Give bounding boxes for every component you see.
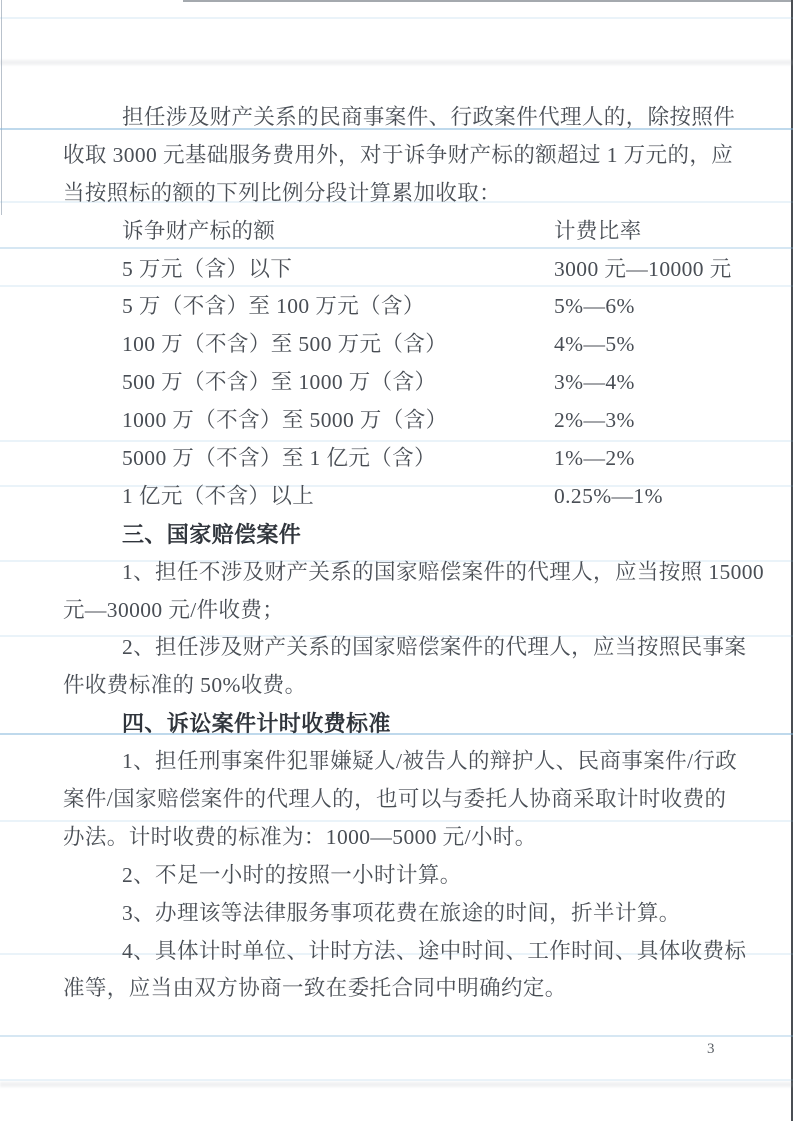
ruled-line <box>0 1079 793 1081</box>
document-body: 担任涉及财产关系的民商事案件、行政案件代理人的，除按照件 收取 3000 元基础… <box>63 99 733 1008</box>
fee-table-header: 诉争财产标的额 计费比率 <box>63 213 733 251</box>
scan-left-edge-line <box>1 0 2 215</box>
fee-range: 100 万（不含）至 500 万元（含） <box>122 332 447 356</box>
paragraph-line: 收取 3000 元基础服务费用外，对于诉争财产标的额超过 1 万元的，应 <box>63 137 733 175</box>
paragraph-line: 案件/国家赔偿案件的代理人的，也可以与委托人协商采取计时收费的 <box>63 781 733 819</box>
fee-table-header-rate: 计费比率 <box>554 213 642 251</box>
fee-range: 1 亿元（不含）以上 <box>122 484 314 508</box>
paragraph-line: 3、办理该等法律服务事项花费在旅途的时间，折半计算。 <box>63 895 733 933</box>
page-number: 3 <box>707 1038 715 1060</box>
fee-rate: 0.25%—1% <box>554 478 663 516</box>
paragraph-line: 2、不足一小时的按照一小时计算。 <box>63 857 733 895</box>
fee-rate: 3000 元—10000 元 <box>554 251 732 289</box>
section-heading-4: 四、诉讼案件计时收费标准 <box>63 705 733 743</box>
paragraph-line: 件收费标准的 50%收费。 <box>63 667 733 705</box>
fee-table-row: 1000 万（不含）至 5000 万（含） 2%—3% <box>63 402 733 440</box>
fee-table-row: 5 万元（含）以下 3000 元—10000 元 <box>63 251 733 289</box>
fee-table-header-range: 诉争财产标的额 <box>122 219 275 243</box>
paragraph-line: 1、担任刑事案件犯罪嫌疑人/被告人的辩护人、民商事案件/行政 <box>63 743 733 781</box>
ruled-line <box>0 1035 793 1037</box>
paragraph-line: 4、具体计时单位、计时方法、途中时间、工作时间、具体收费标 <box>63 933 733 971</box>
paragraph-line: 2、担任涉及财产关系的国家赔偿案件的代理人，应当按照民事案 <box>63 629 733 667</box>
fee-rate: 3%—4% <box>554 364 635 402</box>
fee-table-row: 5000 万（不含）至 1 亿元（含） 1%—2% <box>63 440 733 478</box>
scan-streak <box>0 1082 793 1087</box>
paragraph-line: 担任涉及财产关系的民商事案件、行政案件代理人的，除按照件 <box>63 99 733 137</box>
paragraph-line: 1、担任不涉及财产关系的国家赔偿案件的代理人，应当按照 15000 <box>63 554 733 592</box>
fee-rate: 5%—6% <box>554 288 635 326</box>
paragraph-line: 办法。计时收费的标准为：1000—5000 元/小时。 <box>63 819 733 857</box>
fee-range: 5000 万（不含）至 1 亿元（含） <box>122 446 436 470</box>
fee-rate: 4%—5% <box>554 326 635 364</box>
paragraph-line: 元—30000 元/件收费； <box>63 592 733 630</box>
fee-range: 5 万（不含）至 100 万元（含） <box>122 294 425 318</box>
ruled-line <box>0 17 793 19</box>
paragraph-line: 准等，应当由双方协商一致在委托合同中明确约定。 <box>63 970 733 1008</box>
fee-range: 500 万（不含）至 1000 万（含） <box>122 370 436 394</box>
section-heading-3: 三、国家赔偿案件 <box>63 516 733 554</box>
fee-table-row: 500 万（不含）至 1000 万（含） 3%—4% <box>63 364 733 402</box>
scan-streak <box>0 60 793 65</box>
fee-range: 1000 万（不含）至 5000 万（含） <box>122 408 448 432</box>
fee-table-row: 100 万（不含）至 500 万元（含） 4%—5% <box>63 326 733 364</box>
fee-rate: 1%—2% <box>554 440 635 478</box>
fee-table-row: 1 亿元（不含）以上 0.25%—1% <box>63 478 733 516</box>
scan-top-edge-line <box>183 0 793 2</box>
fee-table-row: 5 万（不含）至 100 万元（含） 5%—6% <box>63 288 733 326</box>
fee-range: 5 万元（含）以下 <box>122 257 292 281</box>
paragraph-line: 当按照标的额的下列比例分段计算累加收取： <box>63 175 733 213</box>
scanned-document-page: 担任涉及财产关系的民商事案件、行政案件代理人的，除按照件 收取 3000 元基础… <box>0 0 793 1121</box>
fee-rate: 2%—3% <box>554 402 635 440</box>
